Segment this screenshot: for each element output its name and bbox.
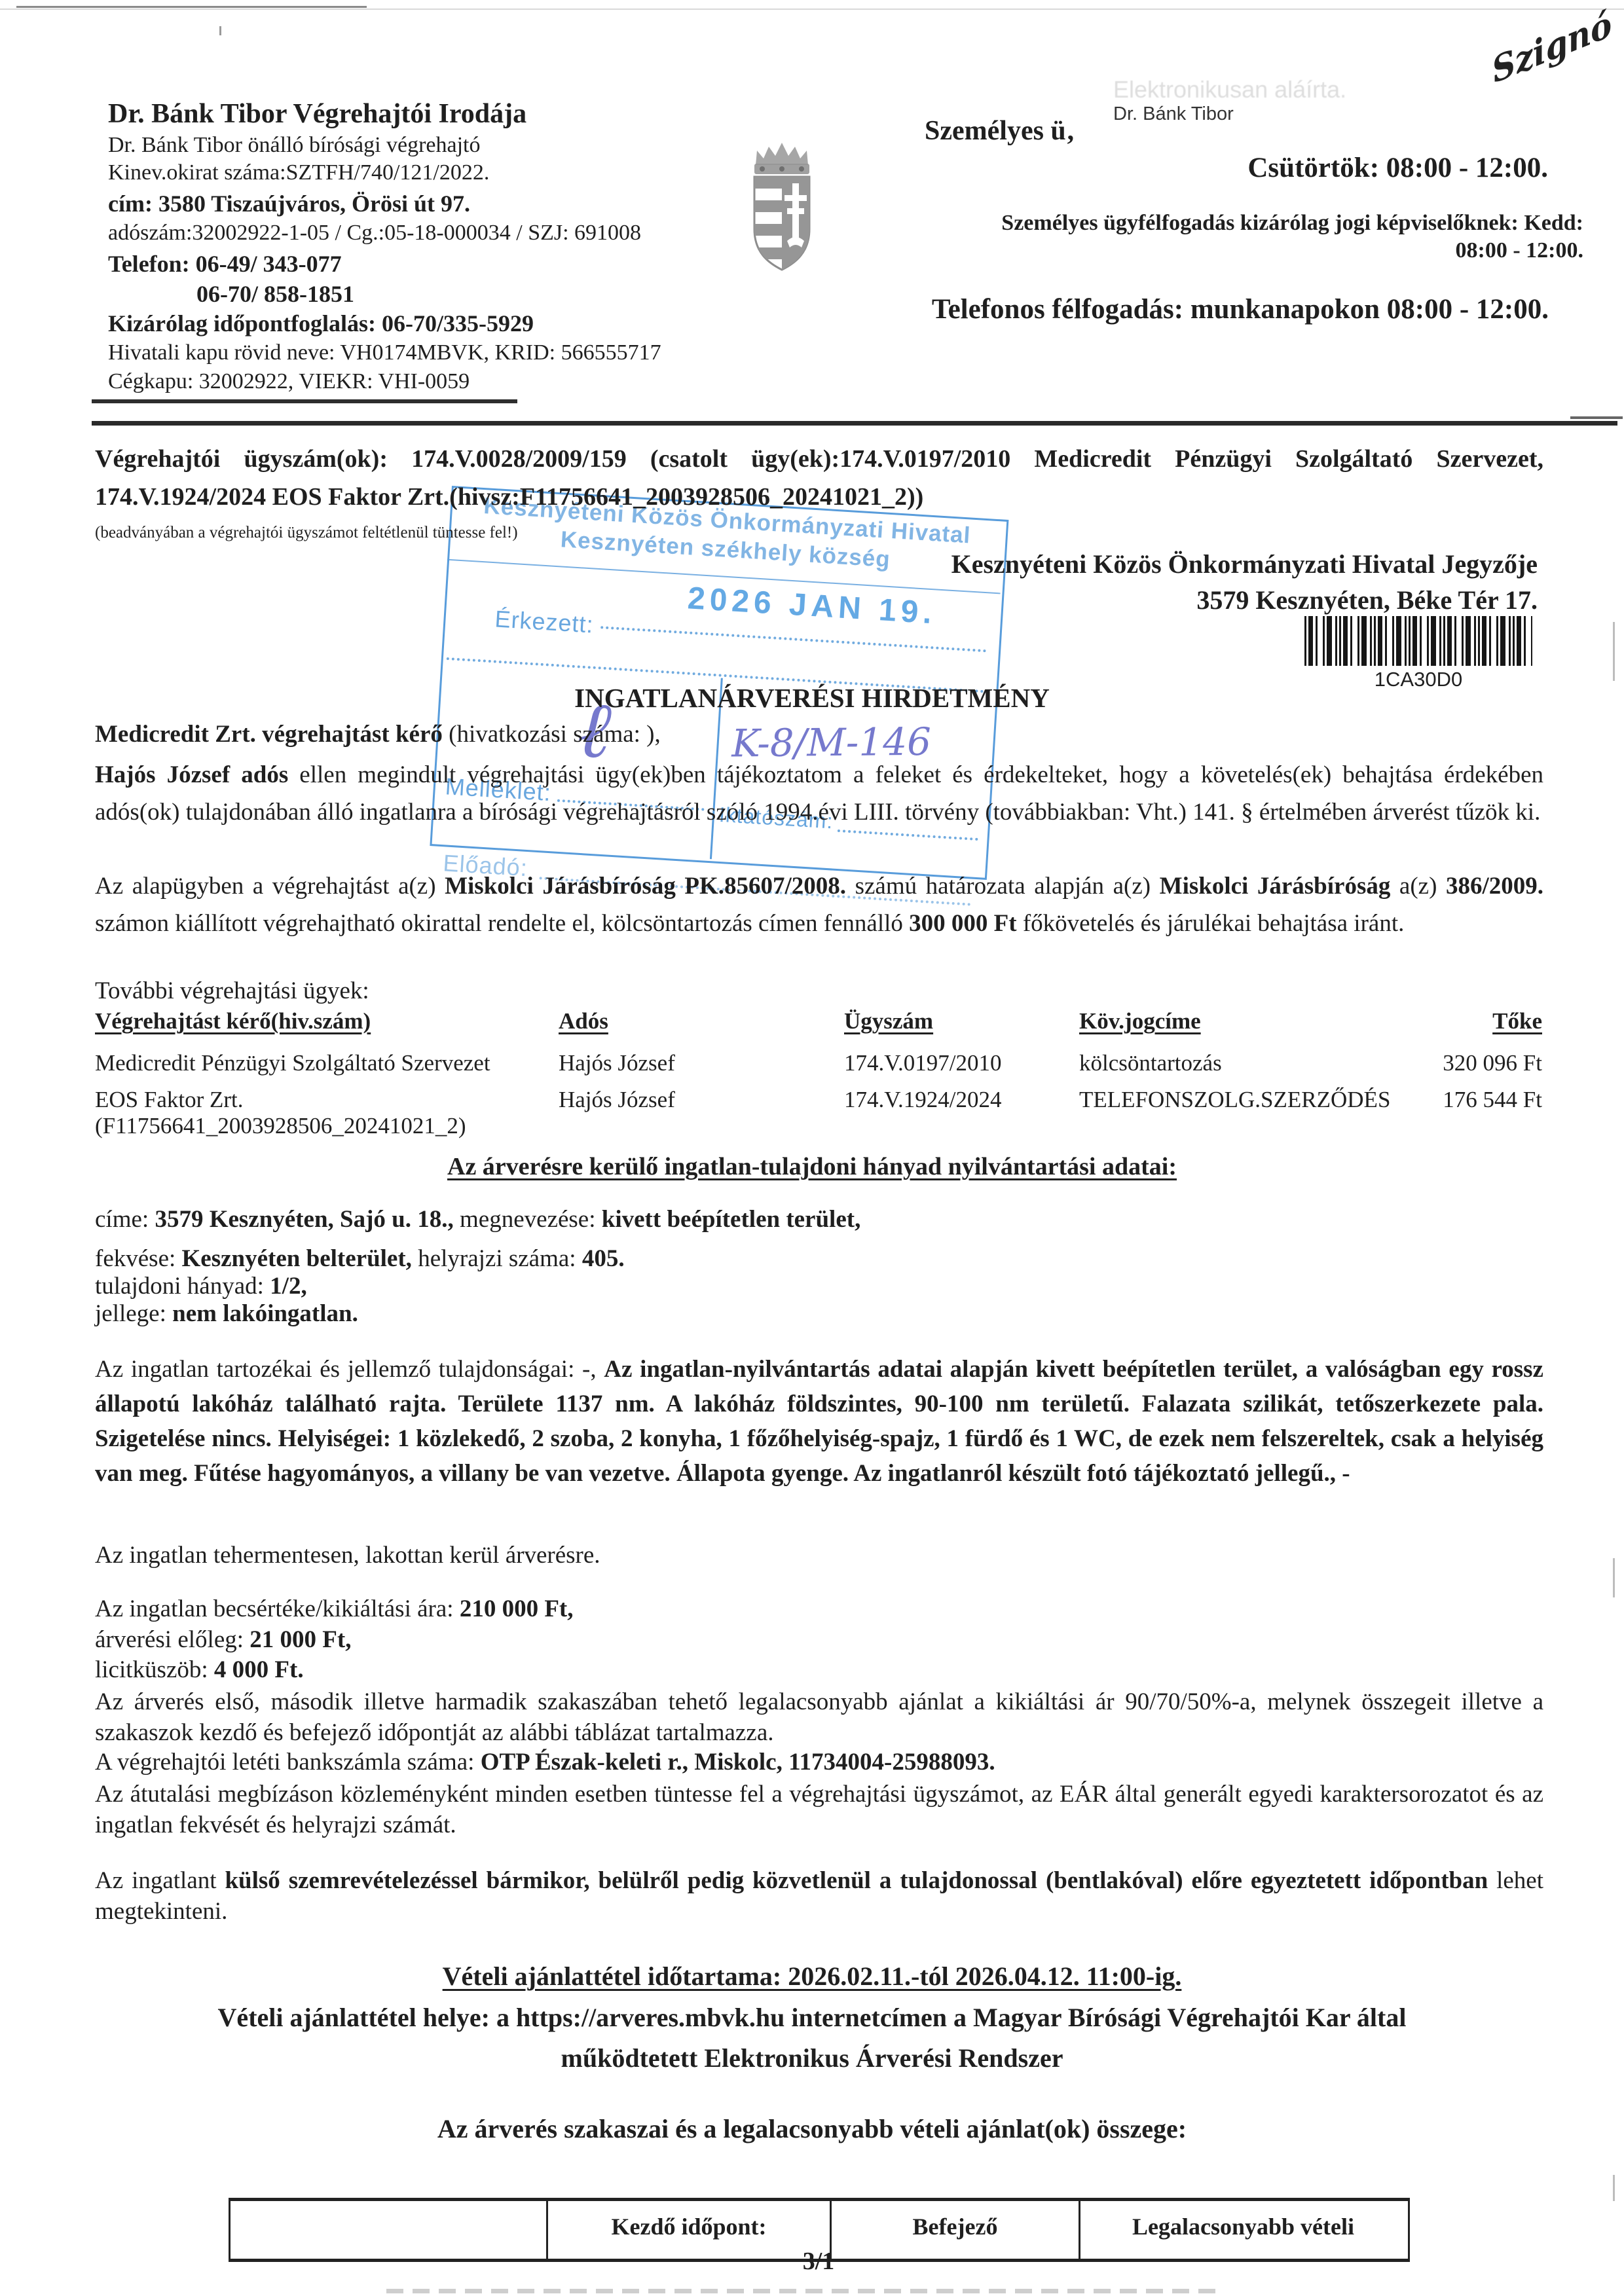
text-segment: 210 000 Ft,	[460, 1595, 574, 1622]
auction-deposit-line: árverési előleg: 21 000 Ft,	[95, 1626, 351, 1654]
offer-place-line-2: működtetett Elektronikus Árverési Rendsz…	[0, 2043, 1624, 2073]
cell-principal: 176 544 Ft	[1443, 1087, 1542, 1113]
text-segment: 4 000 Ft.	[214, 1656, 304, 1683]
text-segment: Kesznyéten belterület,	[182, 1245, 412, 1272]
auction-transfer-paragraph: Az átutalási megbízáson közleményként mi…	[95, 1779, 1543, 1840]
property-share-line: tulajdoni hányad: 1/2,	[95, 1272, 307, 1300]
office-title: Dr. Bánk Tibor Végrehajtói Irodája	[108, 98, 526, 130]
cell-principal: 320 096 Ft	[1443, 1050, 1542, 1076]
property-features-paragraph: Az ingatlan tartozékai és jellemző tulaj…	[95, 1352, 1543, 1491]
table-header-start: Kezdő időpont:	[548, 2213, 830, 2240]
property-section-title: Az árverésre kerülő ingatlan-tulajdoni h…	[0, 1152, 1624, 1181]
header-divider-long	[92, 421, 1617, 426]
electronic-signature-ghost-text: Elektronikusan aláírta.	[1113, 76, 1346, 103]
header-divider-short	[92, 399, 517, 403]
text-segment: címe:	[95, 1206, 155, 1233]
scan-artifact-tick	[219, 26, 221, 35]
table-header-end: Befejező	[832, 2213, 1079, 2240]
col-header-case-no: Ügyszám	[844, 1008, 933, 1034]
col-header-debtor: Adós	[559, 1008, 608, 1034]
scan-artifact-bottom-smudge	[386, 2289, 1225, 2293]
col-header-creditor: Végrehajtást kérő(hiv.szám)	[95, 1008, 371, 1034]
office-gate-line: Hivatali kapu rövid neve: VH0174MBVK, KR…	[108, 340, 661, 365]
legal-reps-line: Személyes ügyfélfogadás kizárólag jogi k…	[1001, 211, 1583, 236]
text-segment: számon kiállított végrehajtható okiratta…	[95, 910, 909, 937]
text-segment: Az ingatlan becsértéke/kikiáltási ára:	[95, 1595, 460, 1622]
table-header-lowest-offer: Legalacsonyabb vételi	[1080, 2213, 1406, 2240]
text-segment: 3579 Kesznyéten, Sajó u. 18.,	[155, 1206, 453, 1233]
office-bailiff-line: Dr. Bánk Tibor önálló bírósági végrehajt…	[108, 133, 481, 158]
auction-price-line: Az ingatlan becsértéke/kikiáltási ára: 2…	[95, 1595, 574, 1623]
document-title: INGATLANÁRVERÉSI HIRDETMÉNY	[0, 682, 1624, 714]
recipient-name: Kesznyéteni Közös Önkormányzati Hivatal …	[951, 549, 1538, 579]
scan-artifact-line	[0, 9, 1624, 10]
property-kind-line: jellege: nem lakóingatlan.	[95, 1300, 358, 1328]
paragraph-debtor: Hajós József adós ellen megindult végreh…	[95, 756, 1543, 831]
viewing-paragraph: Az ingatlant külső szemrevételezéssel bá…	[95, 1865, 1543, 1927]
text-segment: Az alapügyben a végrehajtást a(z)	[95, 873, 445, 900]
text-segment: Medicredit Zrt. végrehajtást kérő	[95, 721, 443, 748]
office-booking-line: Kizárólag időpontfoglalás: 06-70/335-592…	[108, 310, 534, 337]
text-segment: Miskolci Járásbíróság	[1160, 873, 1391, 900]
scan-artifact-line	[16, 6, 367, 8]
text-segment: fekvése:	[95, 1245, 182, 1272]
text-segment: helyrajzi száma:	[412, 1245, 582, 1272]
property-location-line: fekvése: Kesznyéten belterület, helyrajz…	[95, 1245, 625, 1273]
personal-hours-label: Személyes ü‚	[925, 115, 1075, 147]
cell-creditor: EOS Faktor Zrt.	[95, 1087, 244, 1113]
property-status-line: Az ingatlan tehermentesen, lakottan kerü…	[95, 1541, 600, 1569]
cell-claim-type: kölcsöntartozás	[1079, 1050, 1222, 1076]
office-phone-line: Telefon: 06-49/ 343-077	[108, 250, 342, 278]
header-divider-dash	[1570, 416, 1623, 419]
signer-name: Dr. Bánk Tibor	[1113, 103, 1234, 125]
text-segment: 21 000 Ft,	[249, 1626, 351, 1653]
col-header-claim-type: Köv.jogcíme	[1079, 1008, 1201, 1034]
text-segment: Hajós József adós	[95, 761, 288, 788]
cell-creditor: Medicredit Pénzügyi Szolgáltató Szerveze…	[95, 1050, 490, 1076]
thursday-hours-line: Csütörtök: 08:00 - 12:00.	[1247, 152, 1548, 184]
scan-artifact-edge	[1613, 1558, 1615, 1597]
office-appointment-line: Kinev.okirat száma:SZTFH/740/121/2022.	[108, 160, 489, 185]
recipient-address: 3579 Kesznyéten, Béke Tér 17.	[1196, 585, 1538, 615]
page-number: 3/1	[753, 2247, 884, 2276]
office-phone-line-2: 06-70/ 858-1851	[196, 280, 354, 308]
auction-bank-line: A végrehajtói letéti bankszámla száma: O…	[95, 1748, 995, 1776]
text-segment: licitküszöb:	[95, 1656, 214, 1683]
case-numbers-paragraph: Végrehajtói ügyszám(ok): 174.V.0028/2009…	[95, 440, 1543, 516]
office-address-line: cím: 3580 Tiszaújváros, Örösi út 97.	[108, 190, 470, 217]
text-segment: 386/2009.	[1446, 873, 1543, 900]
stamp-clerk-label: Előadó:	[443, 849, 528, 882]
stages-table-heading: Az árverés szakaszai és a legalacsonyabb…	[0, 2113, 1624, 2144]
text-segment: a(z)	[1390, 873, 1446, 900]
cell-claim-type: TELEFONSZOLG.SZERZŐDÉS	[1079, 1087, 1390, 1113]
hungarian-coat-of-arms-icon	[737, 137, 828, 283]
text-segment: árverési előleg:	[95, 1626, 249, 1653]
text-segment: kivett beépítetlen terület,	[602, 1206, 861, 1233]
handwritten-signature: Szignó	[1489, 3, 1615, 92]
further-cases-label: További végrehajtási ügyek:	[95, 977, 369, 1005]
text-segment: ellen megindult végrehajtási ügy(ek)ben …	[95, 761, 1543, 826]
auction-stages-paragraph: Az árverés első, második illetve harmadi…	[95, 1686, 1543, 1748]
scan-artifact-edge	[1613, 2175, 1615, 2201]
text-segment: Az ingatlan tartozékai és jellemző tulaj…	[95, 1356, 604, 1383]
office-tax-line: adószám:32002922-1-05 / Cg.:05-18-000034…	[108, 221, 641, 246]
property-address-line: címe: 3579 Kesznyéten, Sajó u. 18., megn…	[95, 1205, 860, 1233]
case-note: (beadványában a végrehajtói ügyszámot fe…	[95, 524, 518, 542]
barcode	[1304, 616, 1532, 666]
cell-debtor: Hajós József	[559, 1087, 675, 1113]
office-cegkapu-line: Cégkapu: 32002922, VIEKR: VHI-0059	[108, 369, 470, 394]
text-segment: főkövetelés és járulékai behajtása iránt…	[1017, 910, 1405, 937]
text-segment: jellege:	[95, 1300, 172, 1327]
scanned-auction-notice-page: Dr. Bánk Tibor Végrehajtói Irodája Dr. B…	[0, 0, 1624, 2296]
text-segment: megnevezése:	[454, 1206, 602, 1233]
text-segment: A végrehajtói letéti bankszámla száma:	[95, 1749, 481, 1776]
auction-bid-step-line: licitküszöb: 4 000 Ft.	[95, 1656, 304, 1684]
paragraph-applicant: Medicredit Zrt. végrehajtást kérő (hivat…	[95, 720, 1543, 748]
col-header-principal: Tőke	[1492, 1008, 1542, 1034]
phone-hours-line: Telefonos félfogadás: munkanapokon 08:00…	[932, 293, 1549, 325]
cell-case-no: 174.V.1924/2024	[844, 1087, 1002, 1113]
text-segment: OTP Észak-keleti r., Miskolc, 11734004-2…	[481, 1749, 995, 1776]
scan-artifact-edge	[1613, 622, 1615, 681]
offer-period-heading: Vételi ajánlattétel időtartama: 2026.02.…	[0, 1961, 1624, 1992]
legal-reps-hours: 08:00 - 12:00.	[1456, 238, 1583, 263]
text-segment: 1/2,	[270, 1273, 307, 1300]
cell-case-no: 174.V.0197/2010	[844, 1050, 1002, 1076]
text-segment: Az ingatlant	[95, 1867, 225, 1894]
offer-place-line-1: Vételi ajánlattétel helye: a https://arv…	[0, 2002, 1624, 2033]
text-segment: 405.	[582, 1245, 625, 1272]
cell-debtor: Hajós József	[559, 1050, 675, 1076]
text-segment: tulajdoni hányad:	[95, 1273, 270, 1300]
text-segment: (hivatkozási száma: ),	[443, 721, 661, 748]
text-segment: nem lakóingatlan.	[172, 1300, 358, 1327]
cell-creditor-ref-note: (F11756641_2003928506_20241021_2)	[95, 1113, 466, 1139]
text-segment: külső szemrevételezéssel bármikor, belül…	[225, 1867, 1488, 1894]
